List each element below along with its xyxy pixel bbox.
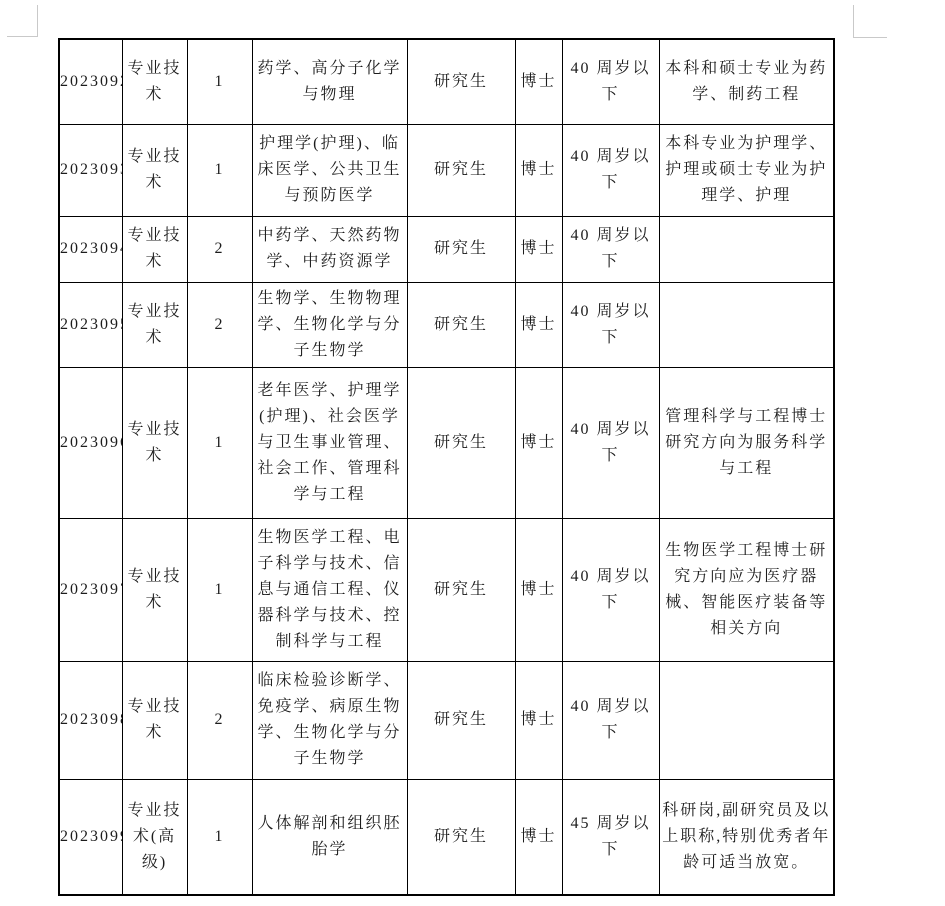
cell-remark: 本科专业为护理学、护理或硕士专业为护理学、护理 bbox=[659, 124, 834, 216]
page-boundary-mark-top-left bbox=[7, 5, 38, 37]
cell-headcount: 1 bbox=[187, 518, 252, 661]
cell-majors: 老年医学、护理学(护理)、社会医学与卫生事业管理、社会工作、管理科学与工程 bbox=[252, 367, 407, 518]
job-positions-table: 2023092 专业技术 1 药学、高分子化学与物理 研究生 博士 40 周岁以… bbox=[58, 38, 835, 896]
cell-age-limit: 40 周岁以下 bbox=[562, 124, 659, 216]
cell-headcount: 1 bbox=[187, 367, 252, 518]
cell-education: 研究生 bbox=[407, 661, 515, 779]
cell-position-type: 专业技术 bbox=[122, 282, 187, 367]
cell-majors: 中药学、天然药物学、中药资源学 bbox=[252, 216, 407, 282]
cell-degree: 博士 bbox=[515, 216, 562, 282]
cell-age-limit: 40 周岁以下 bbox=[562, 39, 659, 124]
cell-education: 研究生 bbox=[407, 367, 515, 518]
cell-age-limit: 40 周岁以下 bbox=[562, 661, 659, 779]
cell-degree: 博士 bbox=[515, 282, 562, 367]
cell-age-limit: 40 周岁以下 bbox=[562, 518, 659, 661]
cell-majors: 药学、高分子化学与物理 bbox=[252, 39, 407, 124]
cell-position-type: 专业技术 bbox=[122, 39, 187, 124]
cell-majors: 临床检验诊断学、免疫学、病原生物学、生物化学与分子生物学 bbox=[252, 661, 407, 779]
cell-remark bbox=[659, 216, 834, 282]
cell-education: 研究生 bbox=[407, 779, 515, 895]
cell-position-code: 2023092 bbox=[59, 39, 122, 124]
cell-position-code: 2023095 bbox=[59, 282, 122, 367]
cell-remark: 科研岗,副研究员及以上职称,特别优秀者年龄可适当放宽。 bbox=[659, 779, 834, 895]
cell-headcount: 1 bbox=[187, 39, 252, 124]
cell-education: 研究生 bbox=[407, 282, 515, 367]
cell-remark bbox=[659, 661, 834, 779]
cell-headcount: 2 bbox=[187, 282, 252, 367]
cell-position-code: 2023093 bbox=[59, 124, 122, 216]
cell-headcount: 1 bbox=[187, 779, 252, 895]
cell-education: 研究生 bbox=[407, 518, 515, 661]
cell-degree: 博士 bbox=[515, 779, 562, 895]
table-row: 2023098 专业技术 2 临床检验诊断学、免疫学、病原生物学、生物化学与分子… bbox=[59, 661, 834, 779]
cell-position-type: 专业技术 bbox=[122, 216, 187, 282]
cell-majors: 人体解剖和组织胚胎学 bbox=[252, 779, 407, 895]
cell-degree: 博士 bbox=[515, 124, 562, 216]
cell-position-code: 2023098 bbox=[59, 661, 122, 779]
page-boundary-mark-top-right bbox=[853, 5, 887, 38]
table-row: 2023092 专业技术 1 药学、高分子化学与物理 研究生 博士 40 周岁以… bbox=[59, 39, 834, 124]
cell-degree: 博士 bbox=[515, 518, 562, 661]
cell-age-limit: 40 周岁以下 bbox=[562, 216, 659, 282]
cell-majors: 生物医学工程、电子科学与技术、信息与通信工程、仪器科学与技术、控制科学与工程 bbox=[252, 518, 407, 661]
cell-position-type: 专业技术 bbox=[122, 124, 187, 216]
cell-remark: 本科和硕士专业为药学、制药工程 bbox=[659, 39, 834, 124]
cell-headcount: 2 bbox=[187, 216, 252, 282]
table-row: 2023095 专业技术 2 生物学、生物物理学、生物化学与分子生物学 研究生 … bbox=[59, 282, 834, 367]
cell-age-limit: 40 周岁以下 bbox=[562, 282, 659, 367]
table-row: 2023094 专业技术 2 中药学、天然药物学、中药资源学 研究生 博士 40… bbox=[59, 216, 834, 282]
cell-position-code: 2023099 bbox=[59, 779, 122, 895]
cell-remark: 生物医学工程博士研究方向应为医疗器械、智能医疗装备等相关方向 bbox=[659, 518, 834, 661]
cell-position-type: 专业技术 bbox=[122, 661, 187, 779]
table-row: 2023096 专业技术 1 老年医学、护理学(护理)、社会医学与卫生事业管理、… bbox=[59, 367, 834, 518]
cell-degree: 博士 bbox=[515, 661, 562, 779]
cell-age-limit: 45 周岁以下 bbox=[562, 779, 659, 895]
table-row: 2023099 专业技术(高级) 1 人体解剖和组织胚胎学 研究生 博士 45 … bbox=[59, 779, 834, 895]
cell-position-type: 专业技术 bbox=[122, 518, 187, 661]
cell-degree: 博士 bbox=[515, 367, 562, 518]
cell-position-code: 2023096 bbox=[59, 367, 122, 518]
cell-position-type: 专业技术 bbox=[122, 367, 187, 518]
cell-education: 研究生 bbox=[407, 39, 515, 124]
cell-remark bbox=[659, 282, 834, 367]
table-row: 2023097 专业技术 1 生物医学工程、电子科学与技术、信息与通信工程、仪器… bbox=[59, 518, 834, 661]
document-page: 2023092 专业技术 1 药学、高分子化学与物理 研究生 博士 40 周岁以… bbox=[0, 0, 945, 906]
cell-degree: 博士 bbox=[515, 39, 562, 124]
cell-education: 研究生 bbox=[407, 216, 515, 282]
cell-position-code: 2023097 bbox=[59, 518, 122, 661]
cell-education: 研究生 bbox=[407, 124, 515, 216]
cell-position-code: 2023094 bbox=[59, 216, 122, 282]
cell-position-type: 专业技术(高级) bbox=[122, 779, 187, 895]
table-row: 2023093 专业技术 1 护理学(护理)、临床医学、公共卫生与预防医学 研究… bbox=[59, 124, 834, 216]
cell-headcount: 2 bbox=[187, 661, 252, 779]
cell-remark: 管理科学与工程博士研究方向为服务科学与工程 bbox=[659, 367, 834, 518]
cell-majors: 护理学(护理)、临床医学、公共卫生与预防医学 bbox=[252, 124, 407, 216]
cell-age-limit: 40 周岁以下 bbox=[562, 367, 659, 518]
cell-headcount: 1 bbox=[187, 124, 252, 216]
cell-majors: 生物学、生物物理学、生物化学与分子生物学 bbox=[252, 282, 407, 367]
